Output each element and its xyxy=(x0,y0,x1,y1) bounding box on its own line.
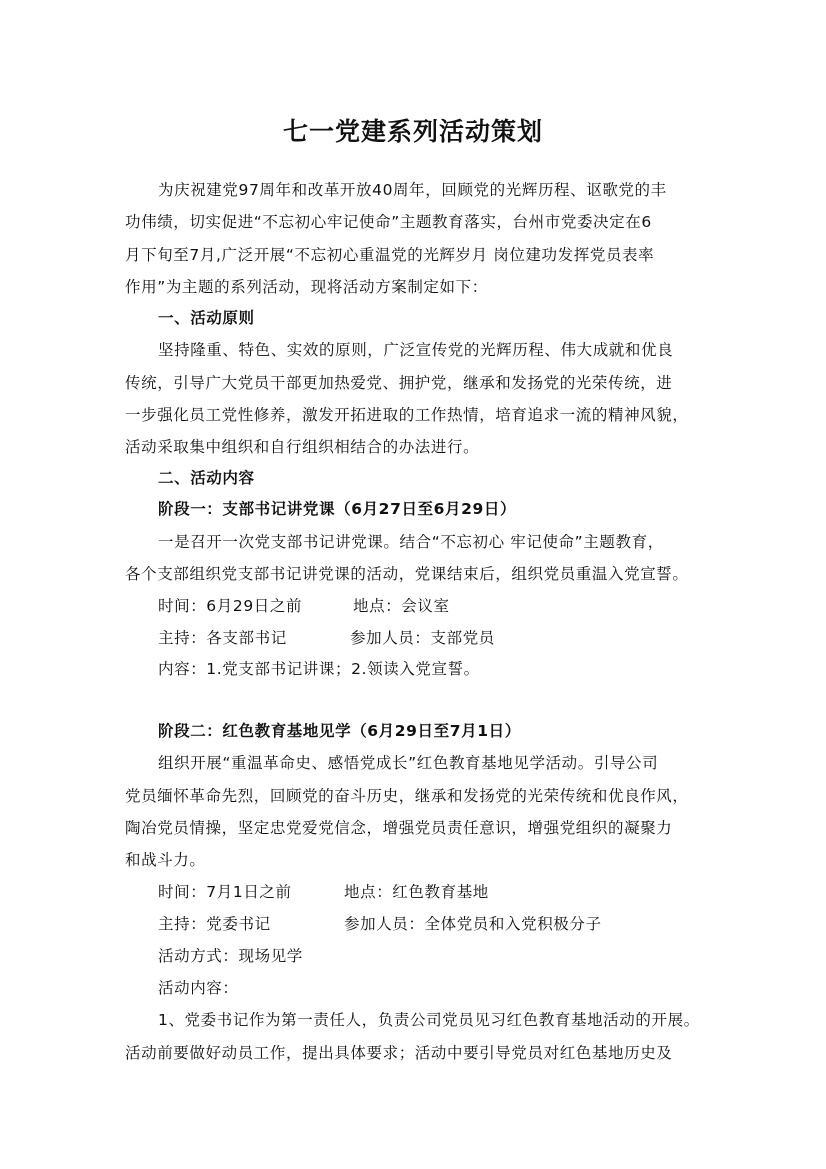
stage2-line: 和战斗力。 xyxy=(125,848,206,870)
stage1-line: 各个支部组织党支部书记讲党课的活动，党课结束后，组织党员重温入党宣誓。 xyxy=(125,562,689,584)
stage1-place: 地点：会议室 xyxy=(353,594,450,616)
stage2-method: 活动方式：现场见学 xyxy=(158,944,303,966)
stage1-host: 主持：各支部书记 xyxy=(158,626,287,648)
stage1-line: 一是召开一次党支部书记讲党课。结合“不忘初心 牢记使命”主题教育， xyxy=(158,530,664,552)
section-heading-content: 二、活动内容 xyxy=(158,466,255,488)
principles-line: 活动采取集中组织和自行组织相结合的办法进行。 xyxy=(125,435,479,457)
stage1-time: 时间：6月29日之前 xyxy=(158,594,302,616)
stage2-place: 地点：红色教育基地 xyxy=(344,880,489,902)
stage2-participants: 参加人员：全体党员和入党积极分子 xyxy=(344,912,602,934)
stage1-content: 内容：1.党支部书记讲课；2.领读入党宣誓。 xyxy=(158,657,480,679)
stage2-host: 主持：党委书记 xyxy=(158,912,271,934)
principles-line: 一步强化员工党性修养，激发开拓进取的工作热情，培育追求一流的精神风貌， xyxy=(125,403,689,425)
document-title: 七一党建系列活动策划 xyxy=(0,112,826,148)
document-page: 七一党建系列活动策划 为庆祝建党97周年和改革开放40周年，回顾党的光辉历程、讴… xyxy=(0,0,826,1169)
stage2-time: 时间：7月1日之前 xyxy=(158,880,292,902)
intro-line: 作用”为主题的系列活动，现将活动方案制定如下： xyxy=(125,275,488,297)
section-heading-principles: 一、活动原则 xyxy=(158,306,255,328)
stage2-item1-line: 1、党委书记作为第一责任人，负责公司党员见习红色教育基地活动的开展。 xyxy=(158,1008,700,1030)
intro-line: 月下旬至7月,广泛开展“不忘初心重温党的光辉岁月 岗位建功发挥党员表率 xyxy=(125,243,654,265)
intro-line: 为庆祝建党97周年和改革开放40周年，回顾党的光辉历程、讴歌党的丰 xyxy=(158,178,667,200)
stage2-content-label: 活动内容： xyxy=(158,976,239,998)
stage1-heading: 阶段一：支部书记讲党课（6月27日至6月29日） xyxy=(158,497,516,519)
principles-line: 坚持隆重、特色、实效的原则，广泛宣传党的光辉历程、伟大成就和优良 xyxy=(158,338,673,360)
stage2-item1-line: 活动前要做好动员工作，提出具体要求；活动中要引导党员对红色基地历史及 xyxy=(125,1041,672,1063)
intro-line: 功伟绩，切实促进“不忘初心牢记使命”主题教育落实，台州市党委决定在6 xyxy=(125,210,652,232)
stage2-heading: 阶段二：红色教育基地见学（6月29日至7月1日） xyxy=(158,719,521,741)
stage2-line: 陶冶党员情操，坚定忠党爱党信念，增强党员责任意识，增强党组织的凝聚力 xyxy=(125,816,672,838)
stage1-participants: 参加人员：支部党员 xyxy=(350,626,495,648)
stage2-line: 组织开展“重温革命史、感悟党成长”红色教育基地见学活动。引导公司 xyxy=(158,751,658,773)
principles-line: 传统，引导广大党员干部更加热爱党、拥护党，继承和发扬党的光荣传统，进 xyxy=(125,371,672,393)
stage2-line: 党员缅怀革命先烈，回顾党的奋斗历史，继承和发扬党的光荣传统和优良作风， xyxy=(125,784,689,806)
